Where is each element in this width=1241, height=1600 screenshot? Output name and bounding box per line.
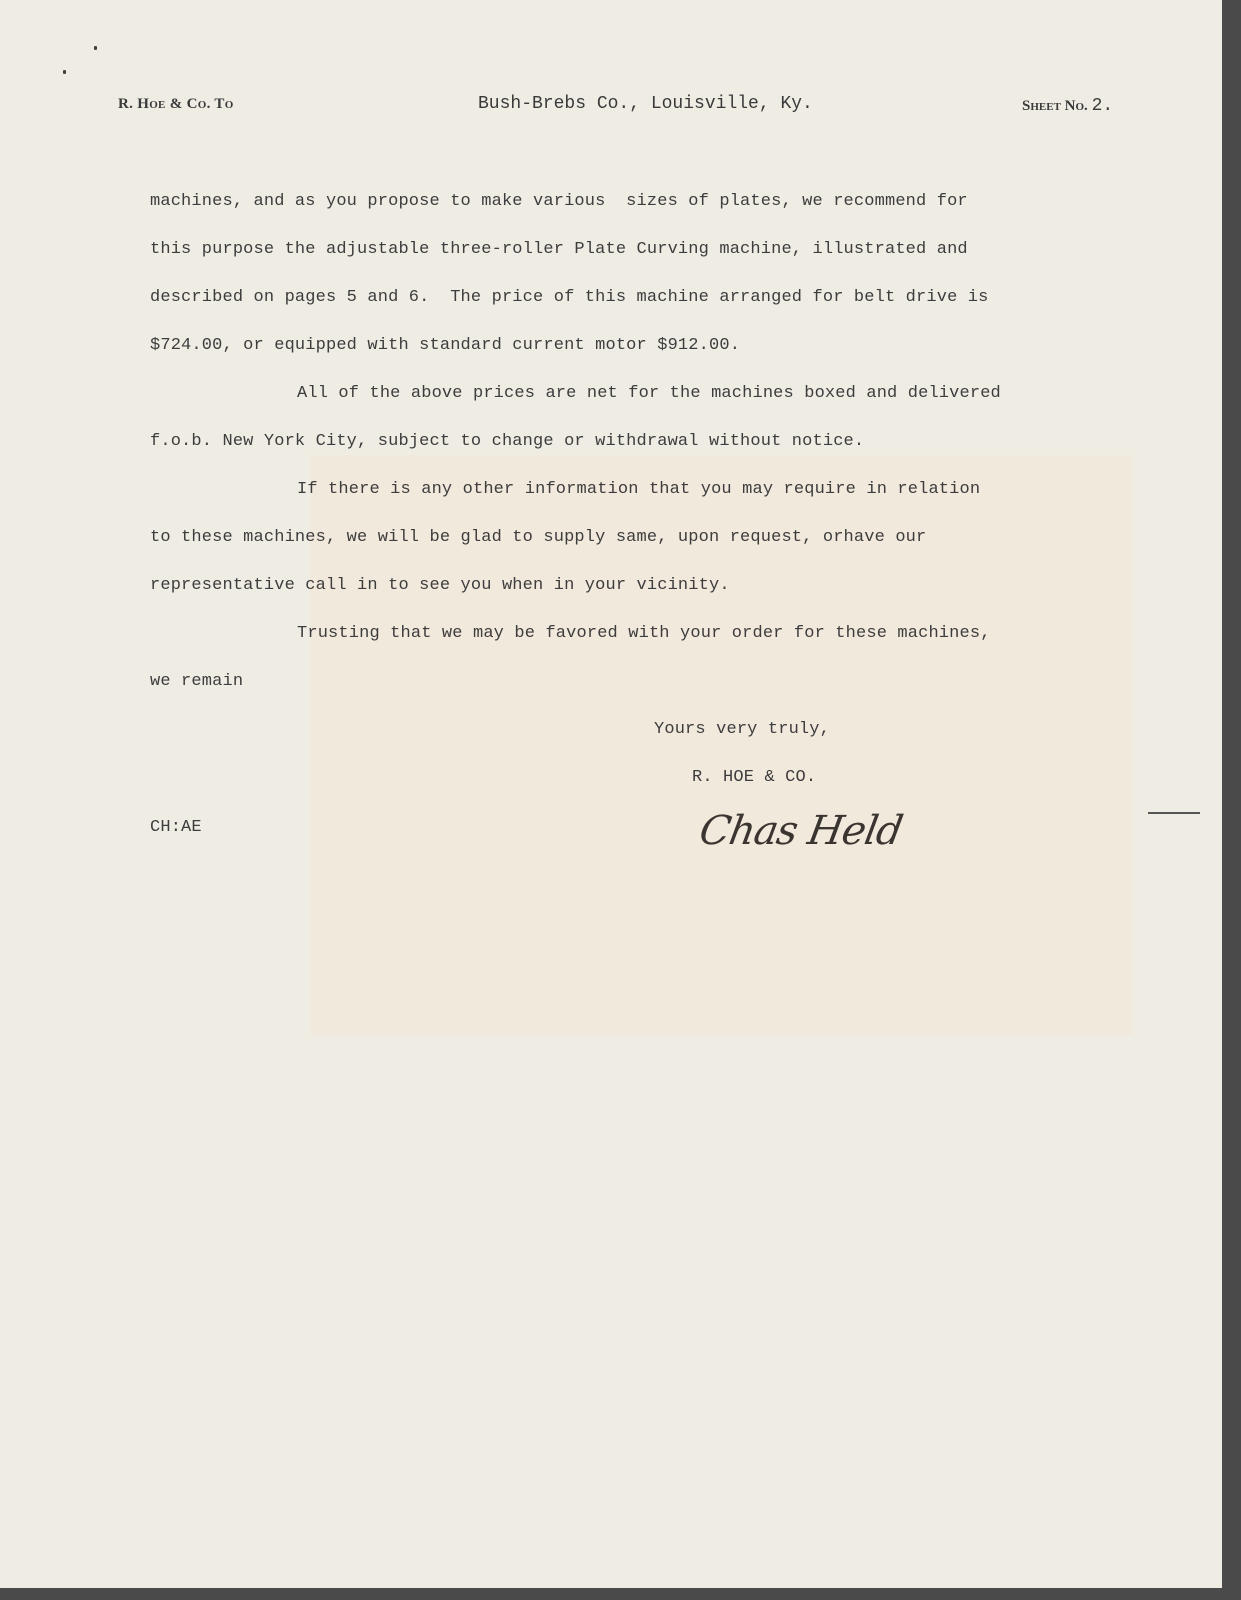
sheet-number-value: 2. [1092,96,1114,116]
ink-speck [94,46,97,50]
closing-salutation: Yours very truly, [654,720,830,739]
body-line: to these machines, we will be glad to su… [150,528,926,547]
fold-mark [1148,812,1200,814]
body-line: All of the above prices are net for the … [297,384,1001,403]
body-line: representative call in to see you when i… [150,576,730,595]
recipient-line: Bush-Brebs Co., Louisville, Ky. [478,94,813,114]
body-line: we remain [150,672,243,691]
typist-initials: CH:AE [150,818,202,837]
body-line: machines, and as you propose to make var… [150,192,968,211]
body-line: f.o.b. New York City, subject to change … [150,432,864,451]
body-line: If there is any other information that y… [297,480,980,499]
sender-label: R. Hoe & Co. To [118,96,234,113]
closing-company: R. HOE & CO. [692,768,816,787]
body-line: this purpose the adjustable three-roller… [150,240,968,259]
body-line: described on pages 5 and 6. The price of… [150,288,988,307]
sheet-number: Sheet No. 2. [1022,96,1113,116]
body-line: $724.00, or equipped with standard curre… [150,336,740,355]
letterhead: R. Hoe & Co. To Bush-Brebs Co., Louisvil… [0,96,1222,120]
body-line: Trusting that we may be favored with you… [297,624,991,643]
letter-page: R. Hoe & Co. To Bush-Brebs Co., Louisvil… [0,0,1222,1588]
ink-speck [63,70,66,74]
handwritten-signature: Chas Held [696,808,906,854]
sheet-label: Sheet No. [1022,98,1088,114]
